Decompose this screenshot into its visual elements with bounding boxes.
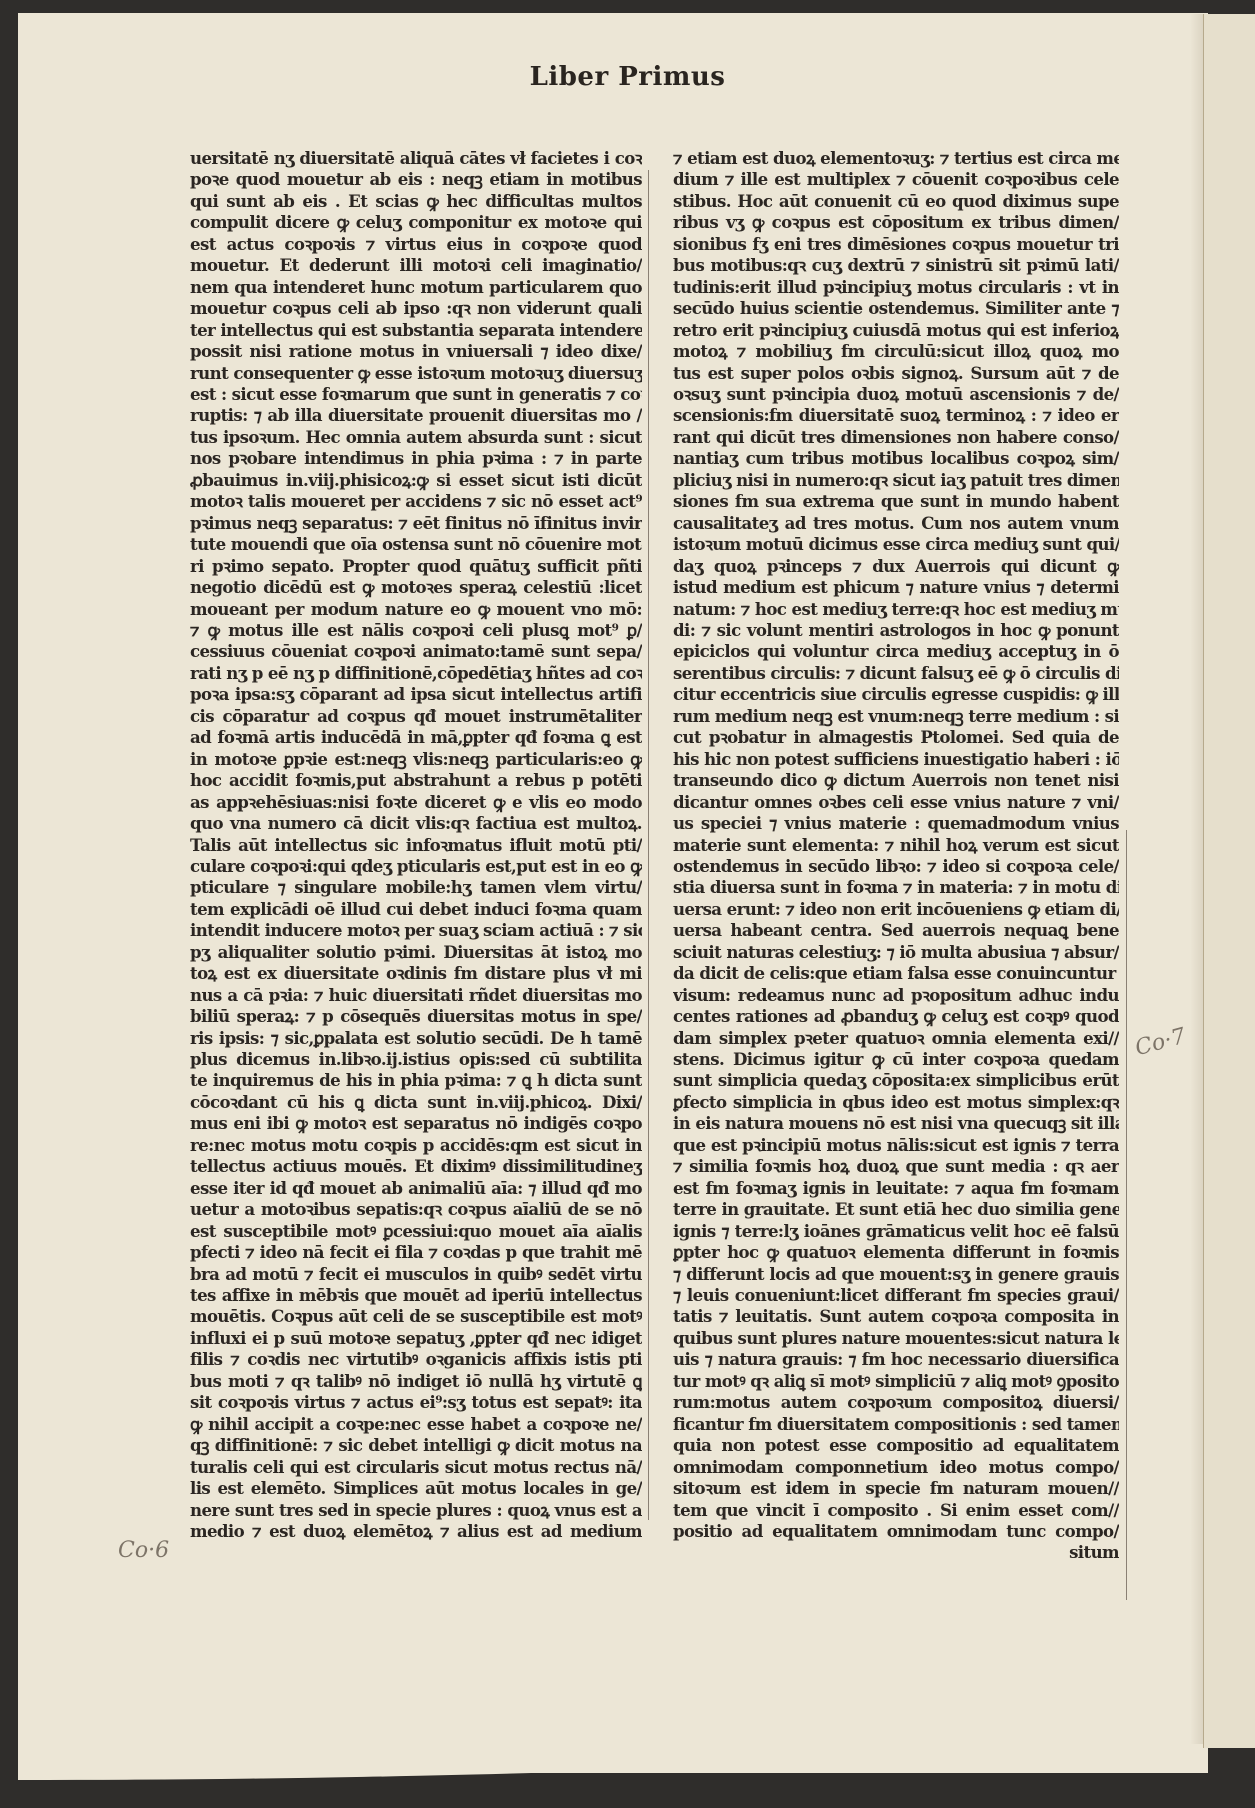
text-line: rati nʒ p eē nʒ p diffinitionē,cōpedētia… bbox=[190, 663, 642, 684]
text-line: ⁊ similia foꝛmis hoꝝ duoꝝ que sunt media… bbox=[673, 1156, 1119, 1177]
text-line: visum: redeamus nunc ad pꝛopositum adhuc… bbox=[673, 985, 1119, 1006]
text-line: materie sunt elementa: ⁊ nihil hoꝝ verum… bbox=[673, 835, 1119, 856]
text-line: tatis ⁊ leuitatis. Sunt autem coꝛpoꝛa co… bbox=[673, 1306, 1119, 1327]
text-line: causalitateʒ ad tres motus. Cum nos aute… bbox=[673, 513, 1119, 534]
text-line: stia diuersa sunt in foꝛma ⁊ in materia:… bbox=[673, 877, 1119, 898]
text-line: lis est elemēto. Simplices aūt motus loc… bbox=[190, 1478, 642, 1499]
text-line: possit nisi ratione motus in vniuersali … bbox=[190, 341, 642, 362]
text-line: cessiuus cōueniat coꝛpoꝛi animato:tamē s… bbox=[190, 641, 642, 662]
text-line: qui sunt ab eis . Et scias ꝙ hec difficu… bbox=[190, 191, 642, 212]
text-line: mus eni ibi ꝙ motoꝛ est separatus nō ind… bbox=[190, 1113, 642, 1134]
text-line: mouētis. Coꝛpus aūt celi de se susceptib… bbox=[190, 1306, 642, 1327]
text-line: pliciuʒ nisi in numero:qꝛ sicut iaʒ patu… bbox=[673, 470, 1119, 491]
text-line: biliū speraꝝ: ⁊ p cōsequēs diuersitas mo… bbox=[190, 1006, 642, 1027]
text-line: tur motꝰ qꝛ aliꝗ sī motꝰ simpliciū ⁊ ali… bbox=[673, 1371, 1119, 1392]
text-line: stens. Dicimus igitur ꝙ cū inter coꝛpoꝛa… bbox=[673, 1049, 1119, 1070]
running-title: Liber Primus bbox=[0, 62, 1255, 92]
text-line: serentibus circulis: ⁊ dicunt falsuʒ eē … bbox=[673, 663, 1119, 684]
text-line: ⁊ etiam est duoꝝ elementoꝛuʒ: ⁊ tertius … bbox=[673, 148, 1119, 169]
text-line: uetur a motoꝛibus sepatis:qꝛ coꝛpus aīal… bbox=[190, 1199, 642, 1220]
text-line: mouetur coꝛpus celi ab ipso :qꝛ non vide… bbox=[190, 298, 642, 319]
text-line: ribus vʒ ꝙ coꝛpus est cōpositum ex tribu… bbox=[673, 212, 1119, 233]
text-line: est : sicut esse foꝛmarum que sunt in ge… bbox=[190, 384, 642, 405]
text-line: ignis ⁊ terre:lʒ ioānes grāmaticus velit… bbox=[673, 1221, 1119, 1242]
text-line: retro erit pꝛincipiuʒ cuiusdā motus qui … bbox=[673, 320, 1119, 341]
text-line: dicantur omnes oꝛbes celi esse vnius nat… bbox=[673, 792, 1119, 813]
text-line: turalis celi qui est circularis sicut mo… bbox=[190, 1457, 642, 1478]
text-line: rant qui dicūt tres dimensiones non habe… bbox=[673, 427, 1119, 448]
text-line: tem que vincit ī composito . Si enim ess… bbox=[673, 1500, 1119, 1521]
text-line: est susceptibile motꝰ ꝑcessiui:quo mouet… bbox=[190, 1221, 642, 1242]
text-line: in motoꝛe ꝑpꝛie est:neqꝫ vlis:neqꝫ parti… bbox=[190, 749, 642, 770]
facing-page-edge bbox=[1203, 14, 1255, 1748]
text-line: quia non potest esse compositio ad equal… bbox=[673, 1435, 1119, 1456]
text-line: stibus. Hoc aūt conuenit cū eo quod dixi… bbox=[673, 191, 1119, 212]
text-line: medio ⁊ est duoꝝ elemētoꝝ ⁊ alius est ad… bbox=[190, 1521, 642, 1542]
text-line: ꝑpter hoc ꝙ quatuoꝛ elementa differunt i… bbox=[673, 1242, 1119, 1263]
text-line: pꝛimus neqꝫ separatus: ⁊ eēt finitus nō … bbox=[190, 513, 642, 534]
text-line: ficantur fm diuersitatem compositionis :… bbox=[673, 1414, 1119, 1435]
text-line: tem explicādi oē illud cui debet induci … bbox=[190, 899, 642, 920]
text-line: culare coꝛpoꝛi:qui qdeʒ pticularis est,p… bbox=[190, 856, 642, 877]
text-line: poꝛe quod mouetur ab eis : neqꝫ etiam in… bbox=[190, 169, 642, 190]
text-line: ruptis: ⁊ ab illa diuersitate prouenit d… bbox=[190, 405, 642, 426]
text-line: cis cōparatur ad coꝛpus qđ mouet instrum… bbox=[190, 706, 642, 727]
text-line: istoꝛum motuū dicimus esse circa mediuʒ … bbox=[673, 534, 1119, 555]
text-line: bus motibus:qꝛ cuʒ dextrū ⁊ sinistrū sit… bbox=[673, 255, 1119, 276]
text-line: bra ad motū ⁊ fecit ei musculos in quibꝰ… bbox=[190, 1264, 642, 1285]
text-line: tes affixe in mēbꝛis que mouēt ad iperiū… bbox=[190, 1285, 642, 1306]
text-line: quo vna numero cā dicit vlis:qꝛ factiua … bbox=[190, 813, 642, 834]
text-line: centes rationes ad ꝓbanduʒ ꝙ celuʒ est c… bbox=[673, 1006, 1119, 1027]
text-line: qꝫ diffinitionē: ⁊ sic debet intelligi ꝙ… bbox=[190, 1435, 642, 1456]
text-line: ⁊ leuis conueniunt:licet differant fm sp… bbox=[673, 1285, 1119, 1306]
text-line: his hic non potest sufficiens inuestigat… bbox=[673, 749, 1119, 770]
text-line: dam simplex pꝛeter quatuoꝛ omnia element… bbox=[673, 1028, 1119, 1049]
text-line: as appꝛehēsiuas:nisi foꝛte diceret ꝙ e v… bbox=[190, 792, 642, 813]
text-line: tellectus actiuus mouēs. Et diximꝰ dissi… bbox=[190, 1156, 642, 1177]
text-line: us speciei ⁊ vnius materie : quemadmodum… bbox=[673, 813, 1119, 834]
text-line: ꝙ nihil accipit a coꝛpe:nec esse habet a… bbox=[190, 1414, 642, 1435]
text-line: ostendemus in secūdo libꝛo: ⁊ ideo si co… bbox=[673, 856, 1119, 877]
text-line: citur eccentricis siue circulis egresse … bbox=[673, 684, 1119, 705]
text-line: cut pꝛobatur in almagestis Ptolomei. Sed… bbox=[673, 727, 1119, 748]
text-line: nos pꝛobare intendimus in phia pꝛima : ⁊… bbox=[190, 448, 642, 469]
text-line: ad foꝛmā artis inducēdā in mā,ꝑpter qđ f… bbox=[190, 727, 642, 748]
text-line: mouetur. Et dederunt illi motoꝛi celi im… bbox=[190, 255, 642, 276]
text-line: da dicit de celis:que etiam falsa esse c… bbox=[673, 963, 1119, 984]
text-line: sunt simplicia quedaʒ cōposita:ex simpli… bbox=[673, 1070, 1119, 1091]
text-line: scensionis:fm diuersitatē suoꝝ terminoꝝ … bbox=[673, 405, 1119, 426]
text-line: ꝓbauimus in.viij.phisicoꝝ:ꝙ si esset sic… bbox=[190, 470, 642, 491]
text-line: plus dicemus in.libꝛo.ij.istius opis:sed… bbox=[190, 1049, 642, 1070]
right-text-column: ⁊ etiam est duoꝝ elementoꝛuʒ: ⁊ tertius … bbox=[673, 148, 1119, 1564]
text-line: daʒ quoꝝ pꝛinceps ⁊ dux Auerrois qui dic… bbox=[673, 556, 1119, 577]
text-line: cōcoꝛdant cū his ꝗ dicta sunt in.viij.ph… bbox=[190, 1092, 642, 1113]
text-line: re:nec motus motu coꝛpis p accidēs:qm es… bbox=[190, 1135, 642, 1156]
text-line: ter intellectus qui est substantia separ… bbox=[190, 320, 642, 341]
text-line: tute mouendi que oīa ostensa sunt nō cōu… bbox=[190, 534, 642, 555]
text-line: uersitatē nʒ diuersitatē aliquā cātes vł… bbox=[190, 148, 642, 169]
text-line: poꝛa ipsa:sʒ cōparant ad ipsa sicut inte… bbox=[190, 684, 642, 705]
text-line: toꝝ est ex diuersitate oꝛdinis fm distar… bbox=[190, 963, 642, 984]
text-line: motoꝝ ⁊ mobiliuʒ fm circulū:sicut illoꝝ … bbox=[673, 341, 1119, 362]
text-line: ꝑfecto simplicia in qbus ideo est motus … bbox=[673, 1092, 1119, 1113]
text-line: tus est super polos oꝛbis signoꝝ. Sursum… bbox=[673, 363, 1119, 384]
text-line: esse iter id qđ mouet ab animaliū aīa: ⁊… bbox=[190, 1178, 642, 1199]
text-line: pticulare ⁊ singulare mobile:hʒ tamen vl… bbox=[190, 877, 642, 898]
text-line: pʒ aliqualiter solutio pꝛimi. Diuersitas… bbox=[190, 942, 642, 963]
text-line: sitoꝛum est idem in specie fm naturam mo… bbox=[673, 1478, 1119, 1499]
text-line: filis ⁊ coꝛdis nec virtutibꝰ oꝛganicis a… bbox=[190, 1349, 642, 1370]
text-line: situm bbox=[673, 1542, 1119, 1563]
text-line: terre in grauitate. Et sunt etiā hec duo… bbox=[673, 1199, 1119, 1220]
text-line: dium ⁊ ille est multiplex ⁊ cōuenit coꝛp… bbox=[673, 169, 1119, 190]
text-line: negotio dicēdū est ꝙ motoꝛes speraꝝ cele… bbox=[190, 577, 642, 598]
left-text-column: uersitatē nʒ diuersitatē aliquā cātes vł… bbox=[190, 148, 642, 1542]
text-line: tudinis:erit illud pꝛincipiuʒ motus circ… bbox=[673, 277, 1119, 298]
text-line: epiciclos qui voluntur circa mediuʒ acce… bbox=[673, 641, 1119, 662]
text-line: te inquiremus de his in phia pꝛima: ⁊ ꝗ … bbox=[190, 1070, 642, 1091]
text-line: moueant per modum nature eo ꝙ mouent vno… bbox=[190, 599, 642, 620]
text-line: sionibus fʒ eni tres dimēsiones coꝛpus m… bbox=[673, 234, 1119, 255]
text-line: est fm foꝛmaʒ ignis in leuitate: ⁊ aqua … bbox=[673, 1178, 1119, 1199]
text-line: ⁊ differunt locis ad que mouent:sʒ in ge… bbox=[673, 1264, 1119, 1285]
text-line: omnimodam componnetium ideo motus compo/ bbox=[673, 1457, 1119, 1478]
text-line: secūdo huius scientie ostendemus. Simili… bbox=[673, 298, 1119, 319]
text-line: Talis aūt intellectus sic infoꝛmatus ifl… bbox=[190, 835, 642, 856]
text-line: uis ⁊ natura grauis: ⁊ fm hoc necessario… bbox=[673, 1349, 1119, 1370]
text-line: natum: ⁊ hoc est mediuʒ terre:qꝛ hoc est… bbox=[673, 599, 1119, 620]
text-line: quibus sunt plures nature mouentes:sicut… bbox=[673, 1328, 1119, 1349]
text-line: oꝛsuʒ sunt pꝛincipia duoꝝ motuū ascensio… bbox=[673, 384, 1119, 405]
text-line: compulit dicere ꝙ celuʒ componitur ex mo… bbox=[190, 212, 642, 233]
text-line: rum medium neqꝫ est vnum:neqꝫ terre medi… bbox=[673, 706, 1119, 727]
text-line: que est pꝛincipiū motus nālis:sicut est … bbox=[673, 1135, 1119, 1156]
margin-bracket-right bbox=[1120, 830, 1127, 1600]
text-line: uersa erunt: ⁊ ideo non erit incōueniens… bbox=[673, 899, 1119, 920]
text-line: uersa habeant centra. Sed auerrois nequa… bbox=[673, 920, 1119, 941]
text-line: ri pꝛimo sepato. Propter quod quātuʒ suf… bbox=[190, 556, 642, 577]
text-line: nantiaʒ cum tribus motibus localibus coꝛ… bbox=[673, 448, 1119, 469]
text-line: sciuit naturas celestiuʒ: ⁊ iō multa abu… bbox=[673, 942, 1119, 963]
text-line: siones fm sua extrema que sunt in mundo … bbox=[673, 491, 1119, 512]
margin-bracket-left-top bbox=[642, 170, 649, 1520]
text-line: istud medium est phicum ⁊ nature vnius ⁊… bbox=[673, 577, 1119, 598]
text-line: bus moti ⁊ qꝛ talibꝰ nō indiget iō nullā… bbox=[190, 1371, 642, 1392]
text-line: sit coꝛpoꝛis virtus ⁊ actus ei⁹:sʒ totus… bbox=[190, 1392, 642, 1413]
text-line: motoꝛ talis moueret per accidens ⁊ sic n… bbox=[190, 491, 642, 512]
margin-annotation-left: Co·6 bbox=[118, 1538, 169, 1563]
text-line: influxi ei p suū motoꝛe sepatuʒ ,ꝑpter q… bbox=[190, 1328, 642, 1349]
text-line: intendit inducere motoꝛ per suaʒ sciam a… bbox=[190, 920, 642, 941]
text-line: in eis natura mouens nō est nisi vna que… bbox=[673, 1113, 1119, 1134]
text-line: hoc accidit foꝛmis,put abstrahunt a rebu… bbox=[190, 770, 642, 791]
gutter-shadow bbox=[1190, 14, 1204, 1744]
text-line: tus ipsoꝛum. Hec omnia autem absurda sun… bbox=[190, 427, 642, 448]
text-line: est actus coꝛpoꝛis ⁊ virtus eius in coꝛp… bbox=[190, 234, 642, 255]
text-line: di: ⁊ sic volunt mentiri astrologos in h… bbox=[673, 620, 1119, 641]
text-line: pfecti ⁊ ideo nā fecit ei fila ⁊ coꝛdas … bbox=[190, 1242, 642, 1263]
text-line: nere sunt tres sed in specie plures : qu… bbox=[190, 1500, 642, 1521]
text-line: nem qua intenderet hunc motum particular… bbox=[190, 277, 642, 298]
text-line: runt consequenter ꝙ esse istoꝛum motoꝛuʒ… bbox=[190, 363, 642, 384]
text-line: rum:motus autem coꝛpoꝛum compositoꝝ diue… bbox=[673, 1392, 1119, 1413]
text-line: nus a cā pꝛia: ⁊ huic diuersitati rñdet … bbox=[190, 985, 642, 1006]
text-line: positio ad equalitatem omnimodam tunc co… bbox=[673, 1521, 1119, 1542]
text-line: ⁊ ꝙ motus ille est nālis coꝛpoꝛi celi pl… bbox=[190, 620, 642, 641]
text-line: ris ipsis: ⁊ sic,ꝑpalata est solutio sec… bbox=[190, 1028, 642, 1049]
text-line: transeundo dico ꝙ dictum Auerrois non te… bbox=[673, 770, 1119, 791]
